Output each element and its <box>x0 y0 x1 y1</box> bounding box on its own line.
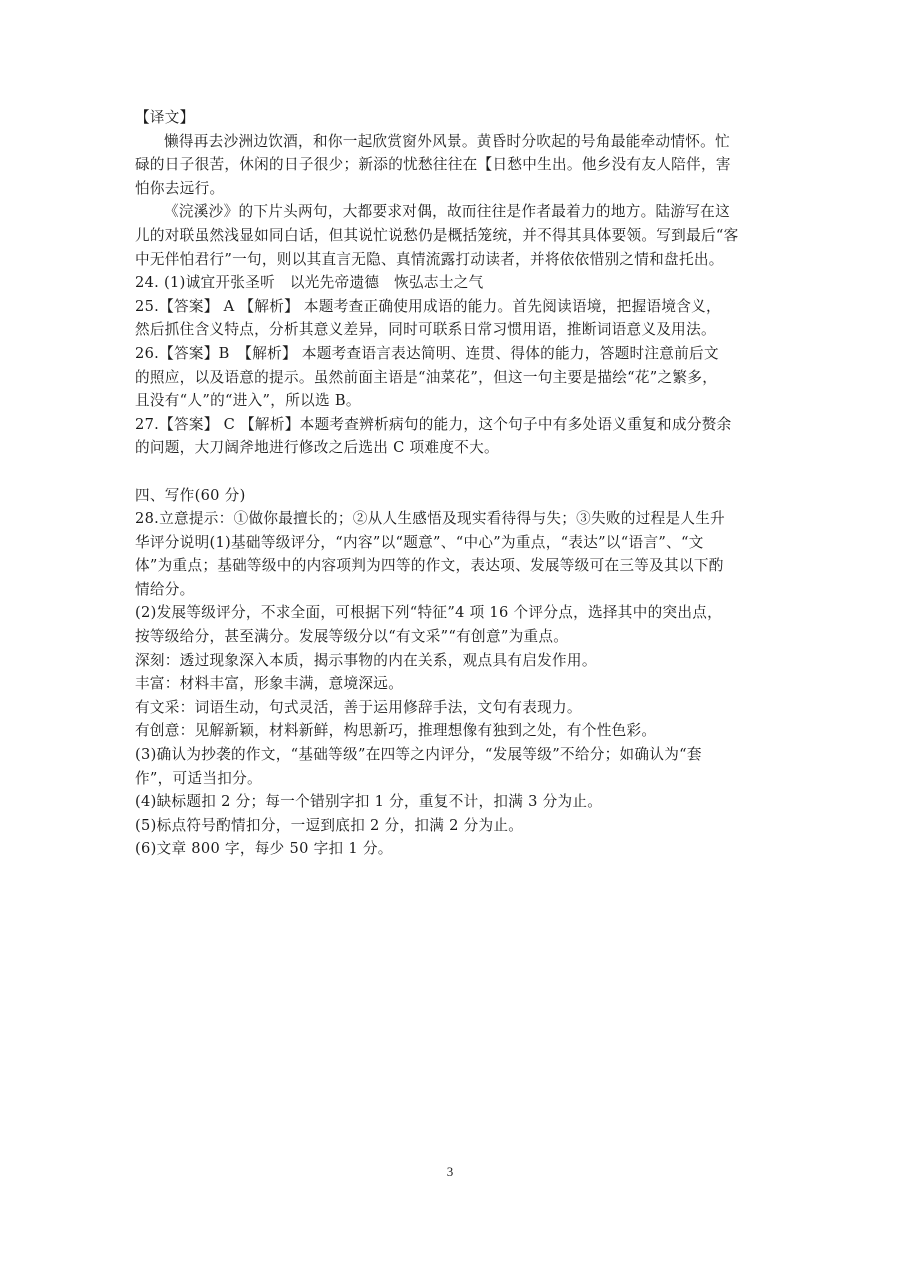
section-heading-writing: 四、写作(60 分) <box>135 484 775 508</box>
analysis-line: 儿的对联虽然浅显如同白话，但其说忙说愁仍是概括笼统，并不得其具体要领。写到最后“… <box>135 224 775 248</box>
question-28-line: 体”为重点；基础等级中的内容项判为四等的作文，表达项、发展等级可在三等及其以下酌 <box>135 554 775 578</box>
question-28-line: (5)标点符号酌情扣分，一逗到底扣 2 分，扣满 2 分为止。 <box>135 814 775 838</box>
question-28-line: 有创意：见解新颖，材料新鲜，构思新巧，推理想像有独到之处，有个性色彩。 <box>135 719 775 743</box>
question-26-line: 且没有“人”的“进入”，所以选 B。 <box>135 389 775 413</box>
question-26-line: 的照应，以及语意的提示。虽然前面主语是“油菜花”，但这一句主要是描绘“花”之繁多… <box>135 366 775 390</box>
analysis-line: 《浣溪沙》的下片头两句，大都要求对偶，故而往往是作者最着力的地方。陆游写在这 <box>135 200 775 224</box>
question-25-line: 然后抓住含义特点，分析其意义差异，同时可联系日常习惯用语，推断词语意义及用法。 <box>135 318 775 342</box>
question-28-line: 作”，可适当扣分。 <box>135 767 775 791</box>
question-28-line: 情给分。 <box>135 578 775 602</box>
question-28-line: (6)文章 800 字，每少 50 字扣 1 分。 <box>135 837 775 861</box>
question-28-line: 28.立意提示：①做你最擅长的；②从人生感悟及现实看待得与失；③失败的过程是人生… <box>135 507 775 531</box>
question-27-line: 的问题，大刀阔斧地进行修改之后选出 C 项难度不大。 <box>135 436 775 460</box>
analysis-line: 中无伴怕君行”一句，则以其直言无隐、真情流露打动读者，并将依依惜别之情和盘托出。 <box>135 248 775 272</box>
question-28-line: (2)发展等级评分，不求全面，可根据下列“特征”4 项 16 个评分点，选择其中… <box>135 601 775 625</box>
question-24-answer: 24. (1)诚宜开张圣听 以光先帝遗德 恢弘志士之气 <box>135 271 775 295</box>
translation-line: 懒得再去沙洲边饮酒，和你一起欣赏窗外风景。黄昏时分吹起的号角最能牵动情怀。忙 <box>135 130 775 154</box>
question-28-line: 有文采：词语生动，句式灵活，善于运用修辞手法，文句有表现力。 <box>135 696 775 720</box>
translation-line: 碌的日子很苦，休闲的日子很少；新添的忧愁往往在【日愁中生出。他乡没有友人陪伴，害 <box>135 153 775 177</box>
question-28-line: 华评分说明(1)基础等级评分，“内容”以“题意”、“中心”为重点，“表达”以“语… <box>135 531 775 555</box>
question-28-line: 按等级给分，甚至满分。发展等级分以“有文采”“有创意”为重点。 <box>135 625 775 649</box>
translation-line: 怕你去远行。 <box>135 177 775 201</box>
question-27-line: 27.【答案】 C 【解析】本题考查辨析病句的能力，这个句子中有多处语义重复和成… <box>135 413 775 437</box>
translation-heading: 【译文】 <box>135 106 775 130</box>
document-page: 【译文】 懒得再去沙洲边饮酒，和你一起欣赏窗外风景。黄昏时分吹起的号角最能牵动情… <box>135 106 775 861</box>
section-spacer <box>135 460 775 484</box>
question-28-line: 丰富：材料丰富，形象丰满，意境深远。 <box>135 672 775 696</box>
question-28-line: (3)确认为抄袭的作文，“基础等级”在四等之内评分，“发展等级”不给分；如确认为… <box>135 743 775 767</box>
question-25-line: 25.【答案】 A 【解析】 本题考查正确使用成语的能力。首先阅读语境，把握语境… <box>135 295 775 319</box>
question-28-line: (4)缺标题扣 2 分；每一个错别字扣 1 分，重复不计，扣满 3 分为止。 <box>135 790 775 814</box>
question-26-line: 26.【答案】B 【解析】 本题考查语言表达简明、连贯、得体的能力，答题时注意前… <box>135 342 775 366</box>
page-number: 3 <box>0 1164 900 1180</box>
question-28-line: 深刻：透过现象深入本质，揭示事物的内在关系，观点具有启发作用。 <box>135 649 775 673</box>
